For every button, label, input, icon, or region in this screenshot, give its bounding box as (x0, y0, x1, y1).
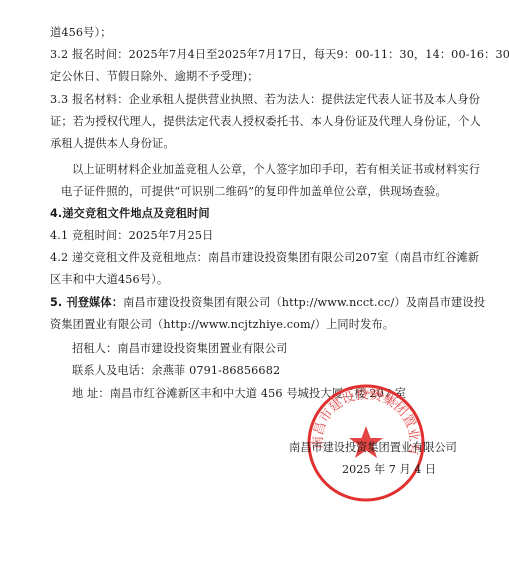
text-line: 4.1 竞租时间：2025年7月25日 (50, 229, 214, 243)
text-line: 承租人提供本人身份证。 (50, 137, 175, 151)
text-line: 5. 刊登媒体：南昌市建设投资集团有限公司（http://www.ncct.cc… (50, 296, 485, 310)
text-line: 3.3 报名材料：企业承租人提供营业执照、若为法人：提供法定代表人证书及本人身份 (50, 93, 480, 107)
text-line: 3.2 报名时间：2025年7月4日至2025年7月17日，每天9：00-11：… (50, 48, 509, 62)
address-line: 地 址：南昌市红谷滩新区丰和中大道 456 号城投大厦二楼 207 室 (72, 387, 406, 401)
text-line: 4.2 递交竞租文件及竞租地点：南昌市建设投资集团有限公司207室（南昌市红谷滩… (50, 251, 479, 265)
text-line: 区丰和中大道456号）。 (50, 273, 168, 287)
text-line: 以上证明材料企业加盖竞租人公章，个人签字加印手印，若有相关证书或材料实行 (72, 163, 480, 177)
section-heading: 4.递交竞租文件地点及竞租时间 (50, 207, 210, 221)
text-line: 道456号）； (50, 26, 112, 40)
signature-date: 2025 年 7 月 4 日 (342, 463, 436, 477)
signature-company: 南昌市建设投资集团置业有限公司 (289, 441, 457, 455)
lessor-line: 招租人：南昌市建设投资集团置业有限公司 (72, 342, 287, 356)
contact-line: 联系人及电话：余燕菲 0791-86856682 (72, 364, 280, 378)
text-line: 证；若为授权代理人，提供法定代表人授权委托书、本人身份证及代理人身份证，个人 (50, 115, 481, 129)
media-text: 南昌市建设投资集团有限公司（http://www.ncct.cc/）及南昌市建设… (123, 296, 485, 309)
text-line: 电子证件照的，可提供“可识别二维码”的复印件加盖单位公章，供现场查验。 (61, 185, 447, 199)
section-heading: 5. 刊登媒体： (50, 296, 123, 309)
document-page: 道456号）； 3.2 报名时间：2025年7月4日至2025年7月17日，每天… (0, 0, 509, 585)
text-line: 定公休日、节假日除外、逾期不予受理)； (50, 70, 259, 84)
text-line: 资集团置业有限公司（http://www.ncjtzhiye.com/）上同时发… (50, 318, 394, 332)
